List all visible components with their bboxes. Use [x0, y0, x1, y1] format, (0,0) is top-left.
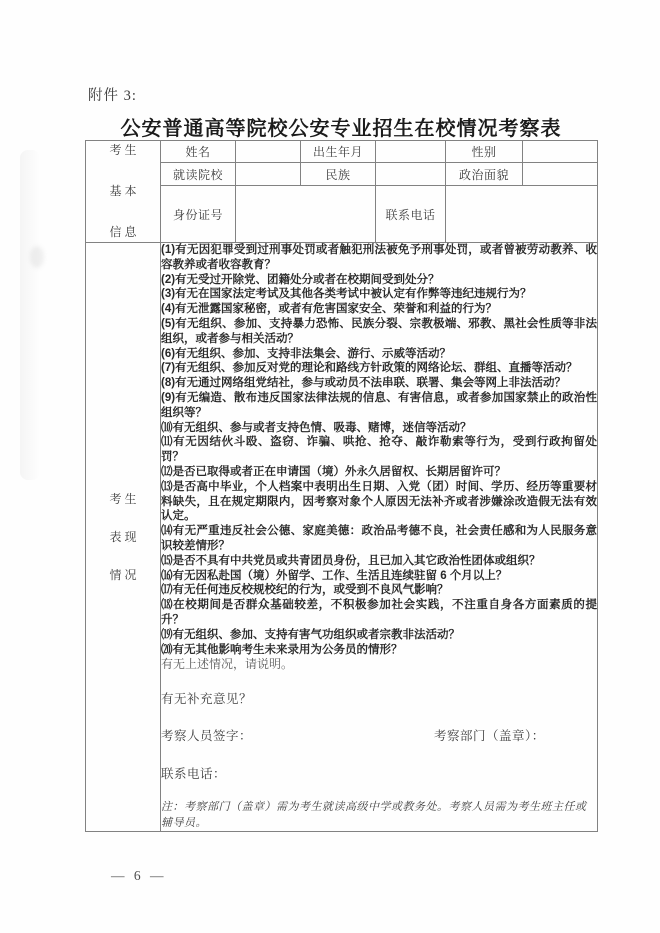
section-basic-line-2: 基本	[86, 183, 160, 200]
basic-info-row-3: 身份证号 联系电话	[86, 186, 598, 243]
question-item: ⒃有无因私赴国（境）外留学、工作、生活且连续驻留 6 个月以上？	[161, 569, 597, 584]
section-basic-line-1: 考生	[86, 142, 160, 159]
question-item: ⑾有无因结伙斗殴、盗窃、诈骗、哄抢、抢夺、敲诈勒索等行为，受到行政拘留处罚？	[161, 435, 597, 465]
section-perf-line-1: 考生	[86, 491, 160, 508]
question-item: (4)有无泄露国家秘密，或者有危害国家安全、荣誉和利益的行为？	[161, 302, 597, 317]
section-perf-line-3: 情况	[86, 567, 160, 584]
political-status-value-cell	[523, 163, 598, 186]
id-number-label: 身份证号	[161, 186, 236, 243]
question-item: (6)有无组织、参加、支持非法集会、游行、示威等活动？	[161, 347, 597, 362]
gender-value-cell	[523, 141, 598, 163]
section-label-basic-info: 考生 基本 信息	[86, 141, 161, 243]
section-label-performance: 考生 表现 情况	[86, 243, 161, 832]
question-item: ⒆有无组织、参加、支持有害气功组织或者宗教非法活动？	[161, 628, 597, 643]
supplement-prompt: 有无补充意见？	[161, 689, 597, 707]
scan-artifact	[30, 246, 44, 268]
question-item: (8)有无通过网络组党结社，参与或动员不法串联、联署、集会等网上非法活动？	[161, 376, 597, 391]
school-label: 就读院校	[161, 163, 236, 186]
attachment-label: 附件 3:	[88, 84, 137, 105]
contact-phone-label: 联系电话	[376, 186, 446, 243]
ethnicity-value-cell	[376, 163, 446, 186]
inspection-department-label: 考察部门（盖章）：	[434, 726, 545, 744]
political-status-label: 政治面貌	[446, 163, 523, 186]
document-page: 附件 3: 公安普通高等院校公安专业招生在校情况考察表 考生 基本 信息 姓名 …	[0, 0, 660, 933]
gender-label: 性别	[446, 141, 523, 163]
scan-artifact	[20, 150, 40, 480]
id-number-value-cell	[236, 186, 376, 243]
question-item: (3)有无在国家法定考试及其他各类考试中被认定有作弊等违纪违规行为？	[161, 287, 597, 302]
birth-date-value-cell	[376, 141, 446, 163]
inspector-signature-label: 考察人员签字：	[161, 726, 252, 744]
question-item: ⑿是否已取得或者正在申请国（境）外永久居留权、长期居留许可？	[161, 465, 597, 480]
question-item: (1)有无因犯罪受到过刑事处罚或者触犯刑法被免予刑事处罚，或者曾被劳动教养、收容…	[161, 243, 597, 273]
question-item: ⒄有无任何违反校规校纪的行为，或受到不良风气影响？	[161, 583, 597, 598]
basic-info-row-1: 考生 基本 信息 姓名 出生年月 性别	[86, 141, 598, 163]
page-number: — 6 —	[111, 868, 167, 884]
name-label: 姓名	[161, 141, 236, 163]
section-perf-line-2: 表现	[86, 529, 160, 546]
questions-list: (1)有无因犯罪受到过刑事处罚或者触犯刑法被免予刑事处罚，或者曾被劳动教养、收容…	[161, 243, 597, 657]
performance-row: 考生 表现 情况 (1)有无因犯罪受到过刑事处罚或者触犯刑法被免予刑事处罚，或者…	[86, 243, 598, 832]
ethnicity-label: 民族	[301, 163, 376, 186]
inspection-form-table: 考生 基本 信息 姓名 出生年月 性别 就读院校 民族 政治面貌	[85, 140, 598, 832]
question-item: (2)有无受过开除党、团籍处分或者在校期间受到处分？	[161, 273, 597, 288]
question-item: (9)有无编造、散布违反国家法律法规的信息、有害信息，或者参加国家禁止的政治性组…	[161, 391, 597, 421]
question-item: ⒂是否不具有中共党员或共青团员身份，且已加入其它政治性团体或组织？	[161, 554, 597, 569]
inspector-phone-label: 联系电话：	[161, 764, 597, 782]
question-item: (5)有无组织、参加、支持暴力恐怖、民族分裂、宗教极端、邪教、黑社会性质等非法组…	[161, 317, 597, 347]
question-item: ⒀是否高中毕业，个人档案中表明出生日期、入党（团）时间、学历、经历等重要材料缺失…	[161, 480, 597, 524]
question-item: (7)有无组织、参加反对党的理论和路线方针政策的网络论坛、群组、直播等活动？	[161, 361, 597, 376]
basic-info-row-2: 就读院校 民族 政治面貌	[86, 163, 598, 186]
statement-prompt: 有无上述情况，请说明。	[161, 657, 597, 672]
page-title: 公安普通高等院校公安专业招生在校情况考察表	[70, 112, 612, 141]
birth-date-label: 出生年月	[301, 141, 376, 163]
question-item: ⒇有无其他影响考生未来录用为公务员的情形？	[161, 643, 597, 658]
footnote: 注：考察部门（盖章）需为考生就读高级中学或教务处。考察人员需为考生班主任或辅导员…	[161, 799, 597, 831]
name-value-cell	[236, 141, 301, 163]
school-value-cell	[236, 163, 301, 186]
question-item: ⒁有无严重违反社会公德、家庭美德：政治品考德不良，社会责任感和为人民服务意识较差…	[161, 524, 597, 554]
performance-content-cell: (1)有无因犯罪受到过刑事处罚或者触犯刑法被免予刑事处罚，或者曾被劳动教养、收容…	[161, 243, 598, 832]
section-basic-line-3: 信息	[86, 224, 160, 241]
signature-row: 考察人员签字： 考察部门（盖章）：	[161, 726, 597, 744]
contact-phone-value-cell	[446, 186, 598, 243]
question-item: ⒅在校期间是否群众基础较差，不积极参加社会实践，不注重自身各方面素质的提升？	[161, 598, 597, 628]
question-item: ⑽有无组织、参与或者支持色情、吸毒、赌博，迷信等活动？	[161, 421, 597, 436]
